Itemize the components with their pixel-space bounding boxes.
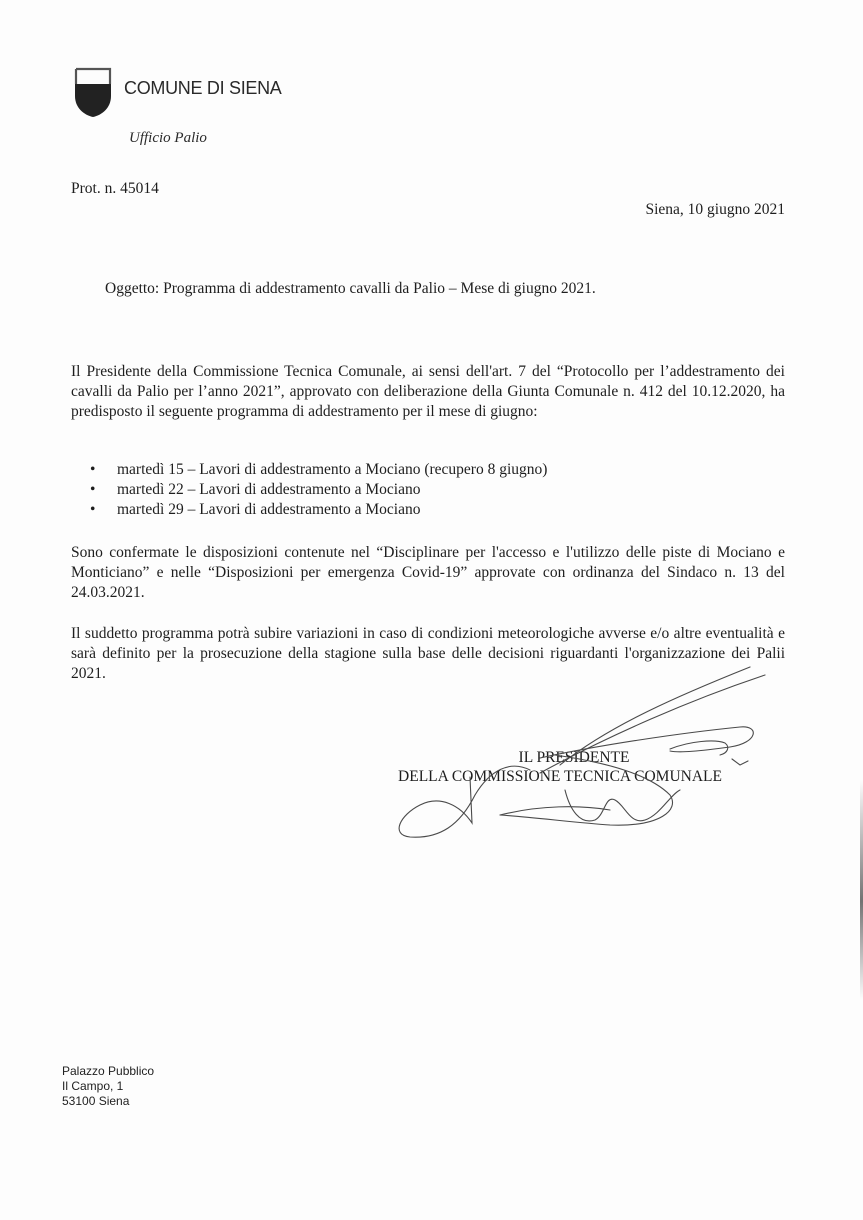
signatory-title: IL PRESIDENTE [330,748,790,767]
address-city: 53100 Siena [62,1094,154,1109]
protocol-number: Prot. n. 45014 [71,180,159,198]
schedule-item-text: martedì 29 – Lavori di addestramento a M… [117,501,420,518]
signatory-role: DELLA COMMISSIONE TECNICA COMUNALE [398,768,722,785]
list-item: • martedì 15 – Lavori di addestramento a… [71,460,547,480]
schedule-item-text: martedì 22 – Lavori di addestramento a M… [117,481,420,498]
letter-subject: Oggetto: Programma di addestramento cava… [105,280,596,298]
bullet-icon: • [90,460,95,480]
schedule-item-text: martedì 15 – Lavori di addestramento a M… [117,461,547,478]
office-name: Ufficio Palio [129,130,207,147]
footer-address: Palazzo Pubblico Il Campo, 1 53100 Siena [62,1064,154,1109]
list-item: • martedì 22 – Lavori di addestramento a… [71,480,547,500]
bullet-icon: • [90,500,95,520]
list-item: • martedì 29 – Lavori di addestramento a… [71,500,547,520]
variations-paragraph: Il suddetto programma potrà subire varia… [71,624,785,684]
signature-block: IL PRESIDENTE DELLA COMMISSIONE TECNICA … [330,748,790,786]
intro-paragraph: Il Presidente della Commissione Tecnica … [71,362,785,422]
address-building: Palazzo Pubblico [62,1064,154,1079]
training-schedule-list: • martedì 15 – Lavori di addestramento a… [71,460,547,520]
letter-date: Siena, 10 giugno 2021 [646,201,786,219]
bullet-icon: • [90,480,95,500]
organization-name: COMUNE DI SIENA [124,78,282,99]
address-street: Il Campo, 1 [62,1079,154,1094]
confirmation-paragraph: Sono confermate le disposizioni contenut… [71,543,785,603]
shield-icon [72,66,114,118]
